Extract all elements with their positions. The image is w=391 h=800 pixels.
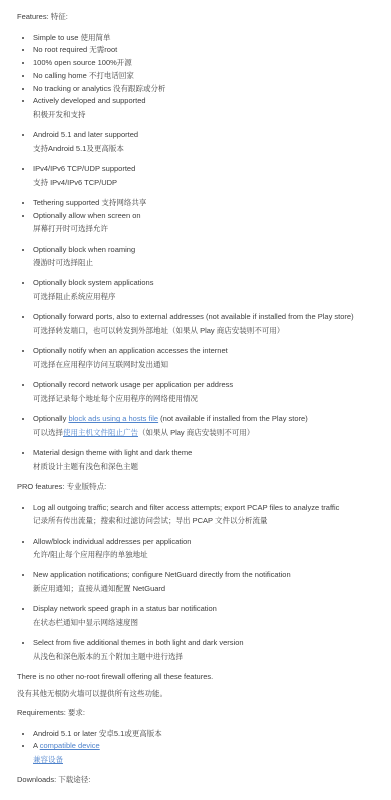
list-item-line-cn: 屏幕打开时可选择允许 (33, 223, 376, 236)
list-item-line-cn: 漫游时可选择阻止 (33, 257, 376, 270)
list-item-line-en: Simple to use 使用简单 (33, 33, 111, 42)
features-heading: Features: 特征: (17, 11, 376, 24)
closing-paragraph-cn: 没有其他无根防火墙可以提供所有这些功能。 (17, 688, 376, 701)
list-item-line-en: Optionally record network usage per appl… (33, 380, 233, 389)
list-item-line-en: New application notifications; configure… (33, 570, 291, 579)
list-item-line-cn: 兼容设备 (33, 754, 376, 767)
list-item: Material design theme with light and dar… (33, 447, 376, 473)
list-item-line-cn: 支持Android 5.1及更高版本 (33, 143, 376, 156)
list-item-line-cn: 支持 IPv4/IPv6 TCP/UDP (33, 177, 376, 190)
list-item: Optionally block ads using a hosts file … (33, 413, 376, 439)
list-item: No tracking or analytics 没有跟踪或分析 (33, 83, 376, 96)
list-item-line-en: Android 5.1 or later 安卓5.1或更高版本 (33, 729, 162, 738)
list-item: Optionally block when roaming漫游时可选择阻止 (33, 244, 376, 270)
list-item-line-en: Allow/block individual addresses per app… (33, 537, 191, 546)
document-body: Features: 特征:Simple to use 使用简单No root r… (17, 11, 376, 787)
list-item-line-cn: 允许/阻止每个应用程序的单独地址 (33, 549, 376, 562)
list-item: Display network speed graph in a status … (33, 603, 376, 629)
list-item-line-cn: 可选择记录每个地址每个应用程序的网络使用情况 (33, 393, 376, 406)
features-list: Simple to use 使用简单No root required 无需roo… (17, 32, 376, 474)
list-item-line-en: Optionally forward ports, also to extern… (33, 312, 354, 321)
downloads-heading: Downloads: 下载途径: (17, 774, 376, 787)
list-item-line-en: Optionally notify when an application ac… (33, 346, 228, 355)
list-item-line-en: Actively developed and supported (33, 96, 146, 105)
list-item: Optionally record network usage per appl… (33, 379, 376, 405)
list-item: A compatible device兼容设备 (33, 740, 376, 766)
list-item-line-cn: 可选择阻止系统应用程序 (33, 291, 376, 304)
hosts-file-link[interactable]: block ads using a hosts file (68, 414, 158, 423)
list-item-line-cn: 可选择转发端口，也可以转发到外部地址（如果从 Play 商店安装则不可用） (33, 325, 376, 338)
list-item: Select from five additional themes in bo… (33, 637, 376, 663)
list-item-line-en: Optionally block system applications (33, 278, 153, 287)
list-item-line-cn: 材质设计主题有浅色和深色主题 (33, 461, 376, 474)
list-item-line-en: Log all outgoing traffic; search and fil… (33, 503, 339, 512)
list-item-line-en: 100% open source 100%开源 (33, 58, 132, 67)
list-item: Optionally allow when screen on屏幕打开时可选择允… (33, 210, 376, 236)
pro-features-list: Log all outgoing traffic; search and fil… (17, 502, 376, 664)
list-item: Optionally notify when an application ac… (33, 345, 376, 371)
list-item: Log all outgoing traffic; search and fil… (33, 502, 376, 528)
list-item-line-cn: 新应用通知；直接从通知配置 NetGuard (33, 583, 376, 596)
list-item: IPv4/IPv6 TCP/UDP supported支持 IPv4/IPv6 … (33, 163, 376, 189)
list-item-line-en: IPv4/IPv6 TCP/UDP supported (33, 164, 135, 173)
list-item-line-cn: 可以选择使用主机文件阻止广告（如果从 Play 商店安装则不可用） (33, 427, 376, 440)
list-item-line-en: No calling home 不打电话回家 (33, 71, 134, 80)
document-page: Features: 特征:Simple to use 使用简单No root r… (0, 0, 391, 800)
list-item: Tethering supported 支持网络共享 (33, 197, 376, 210)
hosts-file-link-cn[interactable]: 使用主机文件阻止广告 (63, 428, 138, 437)
closing-paragraph-en: There is no other no-root firewall offer… (17, 671, 376, 684)
list-item: New application notifications; configure… (33, 569, 376, 595)
list-item: Actively developed and supported积极开发和支持 (33, 95, 376, 121)
list-item: Android 5.1 or later 安卓5.1或更高版本 (33, 728, 376, 741)
compatible-device-link[interactable]: compatible device (40, 741, 100, 750)
list-item-line-cn: 在状态栏通知中显示网络速度图 (33, 617, 376, 630)
requirements-list: Android 5.1 or later 安卓5.1或更高版本A compati… (17, 728, 376, 767)
list-item-line-cn: 可选择在应用程序访问互联网时发出通知 (33, 359, 376, 372)
list-item-line-en: Android 5.1 and later supported (33, 130, 138, 139)
list-item-line-en: Material design theme with light and dar… (33, 448, 192, 457)
list-item: No calling home 不打电话回家 (33, 70, 376, 83)
list-item-line-en: A compatible device (33, 741, 100, 750)
list-item: Optionally forward ports, also to extern… (33, 311, 376, 337)
requirements-heading: Requirements: 要求: (17, 707, 376, 720)
list-item-line-en: Optionally allow when screen on (33, 211, 141, 220)
list-item-line-en: Optionally block ads using a hosts file … (33, 414, 308, 423)
list-item-line-en: No root required 无需root (33, 45, 117, 54)
list-item: No root required 无需root (33, 44, 376, 57)
list-item: Optionally block system applications可选择阻… (33, 277, 376, 303)
list-item: Allow/block individual addresses per app… (33, 536, 376, 562)
list-item: 100% open source 100%开源 (33, 57, 376, 70)
list-item-line-en: Tethering supported 支持网络共享 (33, 198, 146, 207)
list-item-line-cn: 积极开发和支持 (33, 109, 376, 122)
list-item-line-en: Display network speed graph in a status … (33, 604, 217, 613)
list-item-line-en: Optionally block when roaming (33, 245, 135, 254)
pro-features-heading: PRO features: 专业版特点: (17, 481, 376, 494)
compatible-device-link-cn[interactable]: 兼容设备 (33, 755, 63, 764)
list-item-line-cn: 从浅色和深色版本的五个附加主题中进行选择 (33, 651, 376, 664)
list-item-line-en: No tracking or analytics 没有跟踪或分析 (33, 84, 166, 93)
list-item-line-cn: 记录所有传出流量；搜索和过滤访问尝试；导出 PCAP 文件以分析流量 (33, 515, 376, 528)
list-item: Android 5.1 and later supported支持Android… (33, 129, 376, 155)
list-item: Simple to use 使用简单 (33, 32, 376, 45)
list-item-line-en: Select from five additional themes in bo… (33, 638, 244, 647)
